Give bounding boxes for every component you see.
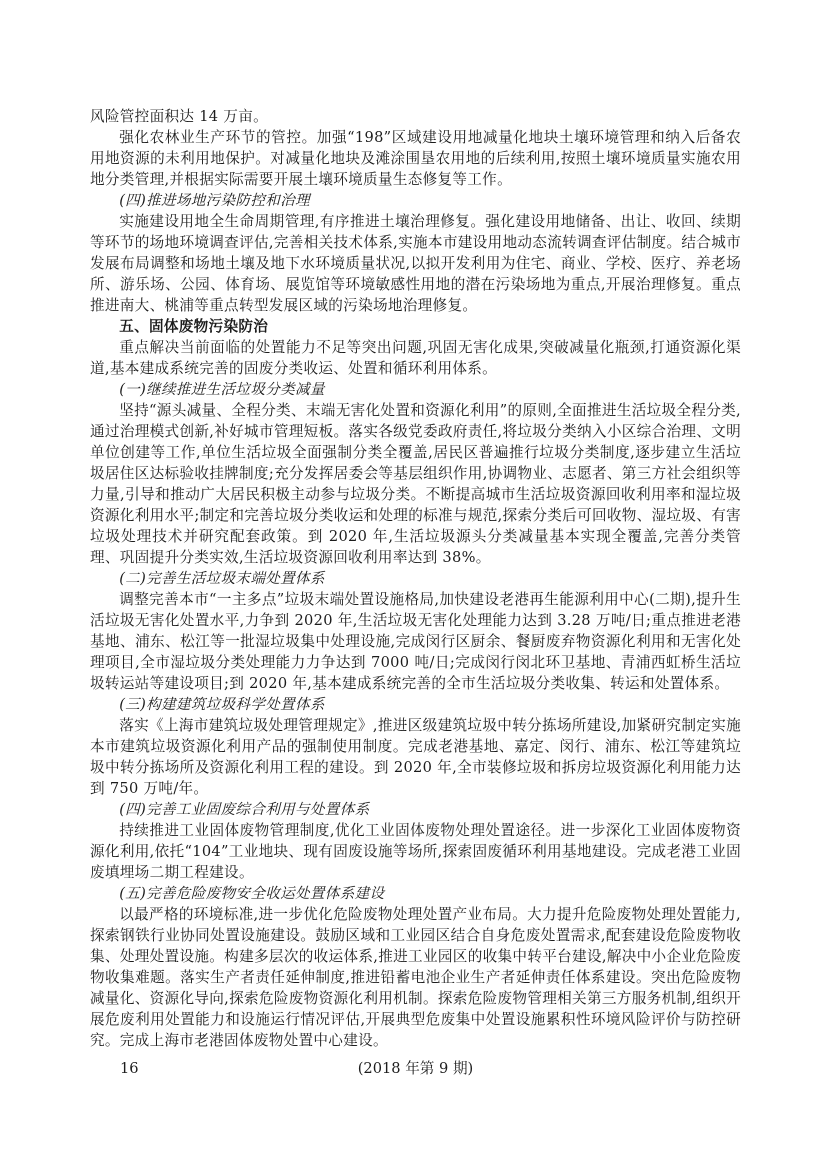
subsection-heading: (一)继续推进生活垃圾分类减量: [90, 379, 741, 400]
paragraph: 强化农林业生产环节的管控。加强“198”区域建设用地减量化地块土壤环境管理和纳入…: [90, 127, 741, 190]
paragraph: 落实《上海市建筑垃圾处理管理规定》,推进区级建筑垃圾中转分拣场所建设,加紧研究制…: [90, 715, 741, 799]
subsection-heading: (二)完善生活垃圾末端处置体系: [90, 568, 741, 589]
subsection-heading: (三)构建建筑垃圾科学处置体系: [90, 694, 741, 715]
paragraph: 实施建设用地全生命周期管理,有序推进土壤治理修复。强化建设用地储备、出让、收回、…: [90, 211, 741, 316]
paragraph: 持续推进工业固体废物管理制度,优化工业固体废物处理处置途径。进一步深化工业固体废…: [90, 820, 741, 883]
document-body: 风险管控面积达 14 万亩。 强化农林业生产环节的管控。加强“198”区域建设用…: [90, 106, 741, 1051]
page-footer: (2018 年第 9 期) 16: [90, 1058, 741, 1079]
paragraph-continuation: 风险管控面积达 14 万亩。: [90, 106, 741, 127]
issue-label: (2018 年第 9 期): [90, 1058, 741, 1079]
page-number: 16: [120, 1058, 139, 1079]
paragraph: 调整完善本市“一主多点”垃圾末端处置设施格局,加快建设老港再生能源利用中心(二期…: [90, 589, 741, 694]
document-page: 风险管控面积达 14 万亩。 强化农林业生产环节的管控。加强“198”区域建设用…: [0, 0, 827, 1170]
section-heading: 五、固体废物污染防治: [90, 316, 741, 337]
paragraph: 以最严格的环境标准,进一步优化危险废物处理处置产业布局。大力提升危险废物处理处置…: [90, 904, 741, 1051]
paragraph: 坚持“源头减量、全程分类、末端无害化处置和资源化利用”的原则,全面推进生活垃圾全…: [90, 400, 741, 568]
subsection-heading: (四)推进场地污染防控和治理: [90, 190, 741, 211]
subsection-heading: (五)完善危险废物安全收运处置体系建设: [90, 883, 741, 904]
subsection-heading: (四)完善工业固废综合利用与处置体系: [90, 799, 741, 820]
paragraph: 重点解决当前面临的处置能力不足等突出问题,巩固无害化成果,突破减量化瓶颈,打通资…: [90, 337, 741, 379]
